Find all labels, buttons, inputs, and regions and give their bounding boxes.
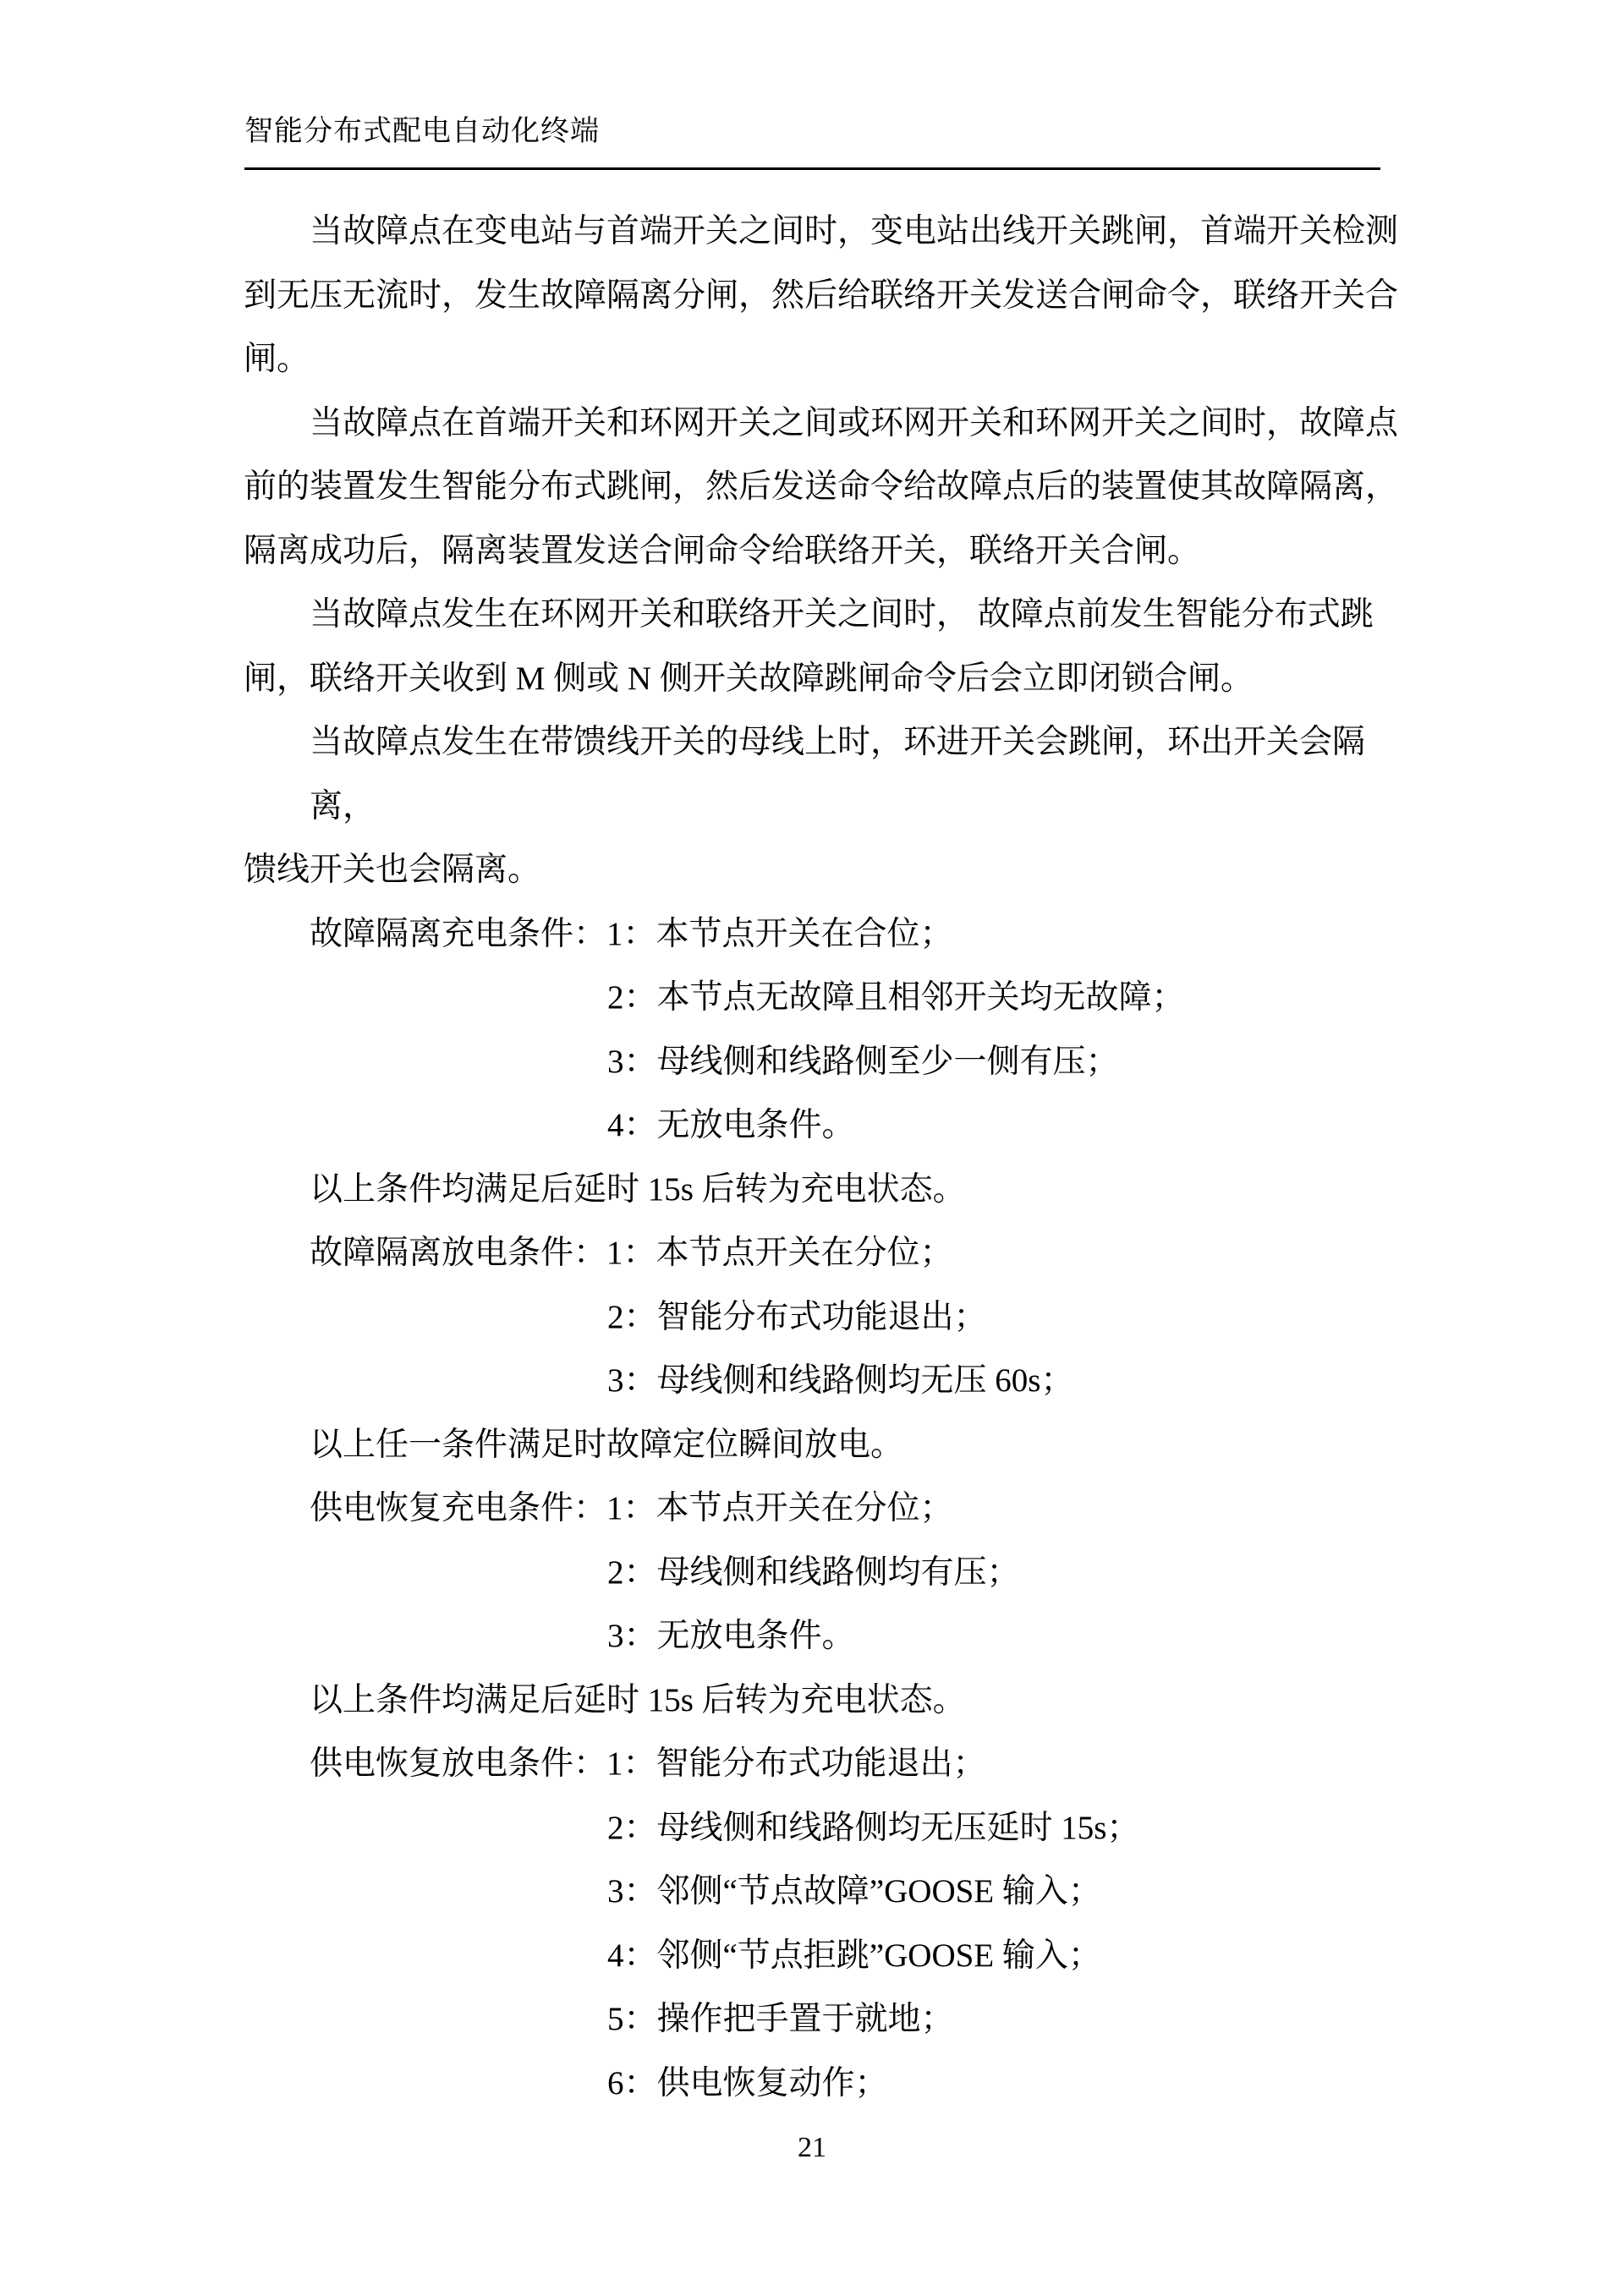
text-line: 5：操作把手置于就地；: [244, 1987, 1407, 2052]
document-body: 当故障点在变电站与首端开关之间时，变电站出线开关跳闸，首端开关检测到无压无流时，…: [244, 200, 1407, 2115]
text-line: 3：邻侧“节点故障”GOOSE 输入；: [244, 1860, 1407, 1924]
text-line: 2：母线侧和线路侧均有压；: [244, 1541, 1407, 1605]
text-line: 供电恢复充电条件：1：本节点开关在分位；: [244, 1477, 1407, 1541]
text-line: 闸，联络开关收到 M 侧或 N 侧开关故障跳闸命令后会立即闭锁合闸。: [244, 647, 1407, 711]
text-line: 6：供电恢复动作；: [244, 2052, 1407, 2116]
text-line: 故障隔离充电条件：1：本节点开关在合位；: [244, 902, 1407, 967]
text-line: 以上条件均满足后延时 15s 后转为充电状态。: [244, 1669, 1407, 1733]
text-line: 供电恢复放电条件：1：智能分布式功能退出；: [244, 1732, 1407, 1796]
text-line: 当故障点发生在环网开关和联络开关之间时， 故障点前发生智能分布式跳: [244, 583, 1407, 647]
text-line: 馈线开关也会隔离。: [244, 838, 1407, 902]
text-line: 当故障点在首端开关和环网开关之间或环网开关和环网开关之间时，故障点: [244, 392, 1407, 456]
header-rule: [244, 167, 1380, 170]
page-number: 21: [0, 2131, 1624, 2165]
text-line: 闸。: [244, 327, 1407, 392]
text-line: 故障隔离放电条件：1：本节点开关在分位；: [244, 1221, 1407, 1285]
header-title: 智能分布式配电自动化终端: [244, 116, 600, 147]
text-line: 2：智能分布式功能退出；: [244, 1285, 1407, 1350]
text-line: 3：母线侧和线路侧均无压 60s；: [244, 1349, 1407, 1413]
text-line: 到无压无流时，发生故障隔离分闸，然后给联络开关发送合闸命令，联络开关合: [244, 264, 1407, 328]
text-line: 2：本节点无故障且相邻开关均无故障；: [244, 966, 1407, 1030]
text-line: 前的装置发生智能分布式跳闸，然后发送命令给故障点后的装置使其故障隔离，: [244, 455, 1407, 519]
text-line: 4：邻侧“节点拒跳”GOOSE 输入；: [244, 1924, 1407, 1988]
text-line: 3：母线侧和线路侧至少一侧有压；: [244, 1030, 1407, 1094]
page-header: 智能分布式配电自动化终端: [244, 113, 600, 151]
document-page: 智能分布式配电自动化终端 当故障点在变电站与首端开关之间时，变电站出线开关跳闸，…: [0, 0, 1624, 2296]
text-line: 当故障点在变电站与首端开关之间时，变电站出线开关跳闸，首端开关检测: [244, 200, 1407, 264]
text-line: 3：无放电条件。: [244, 1604, 1407, 1669]
text-line: 以上任一条件满足时故障定位瞬间放电。: [244, 1413, 1407, 1477]
text-line: 当故障点发生在带馈线开关的母线上时，环进开关会跳闸，环出开关会隔离，: [244, 710, 1407, 838]
text-line: 2：母线侧和线路侧均无压延时 15s；: [244, 1796, 1407, 1860]
text-line: 以上条件均满足后延时 15s 后转为充电状态。: [244, 1158, 1407, 1222]
text-line: 隔离成功后，隔离装置发送合闸命令给联络开关，联络开关合闸。: [244, 519, 1407, 584]
text-line: 4：无放电条件。: [244, 1093, 1407, 1158]
